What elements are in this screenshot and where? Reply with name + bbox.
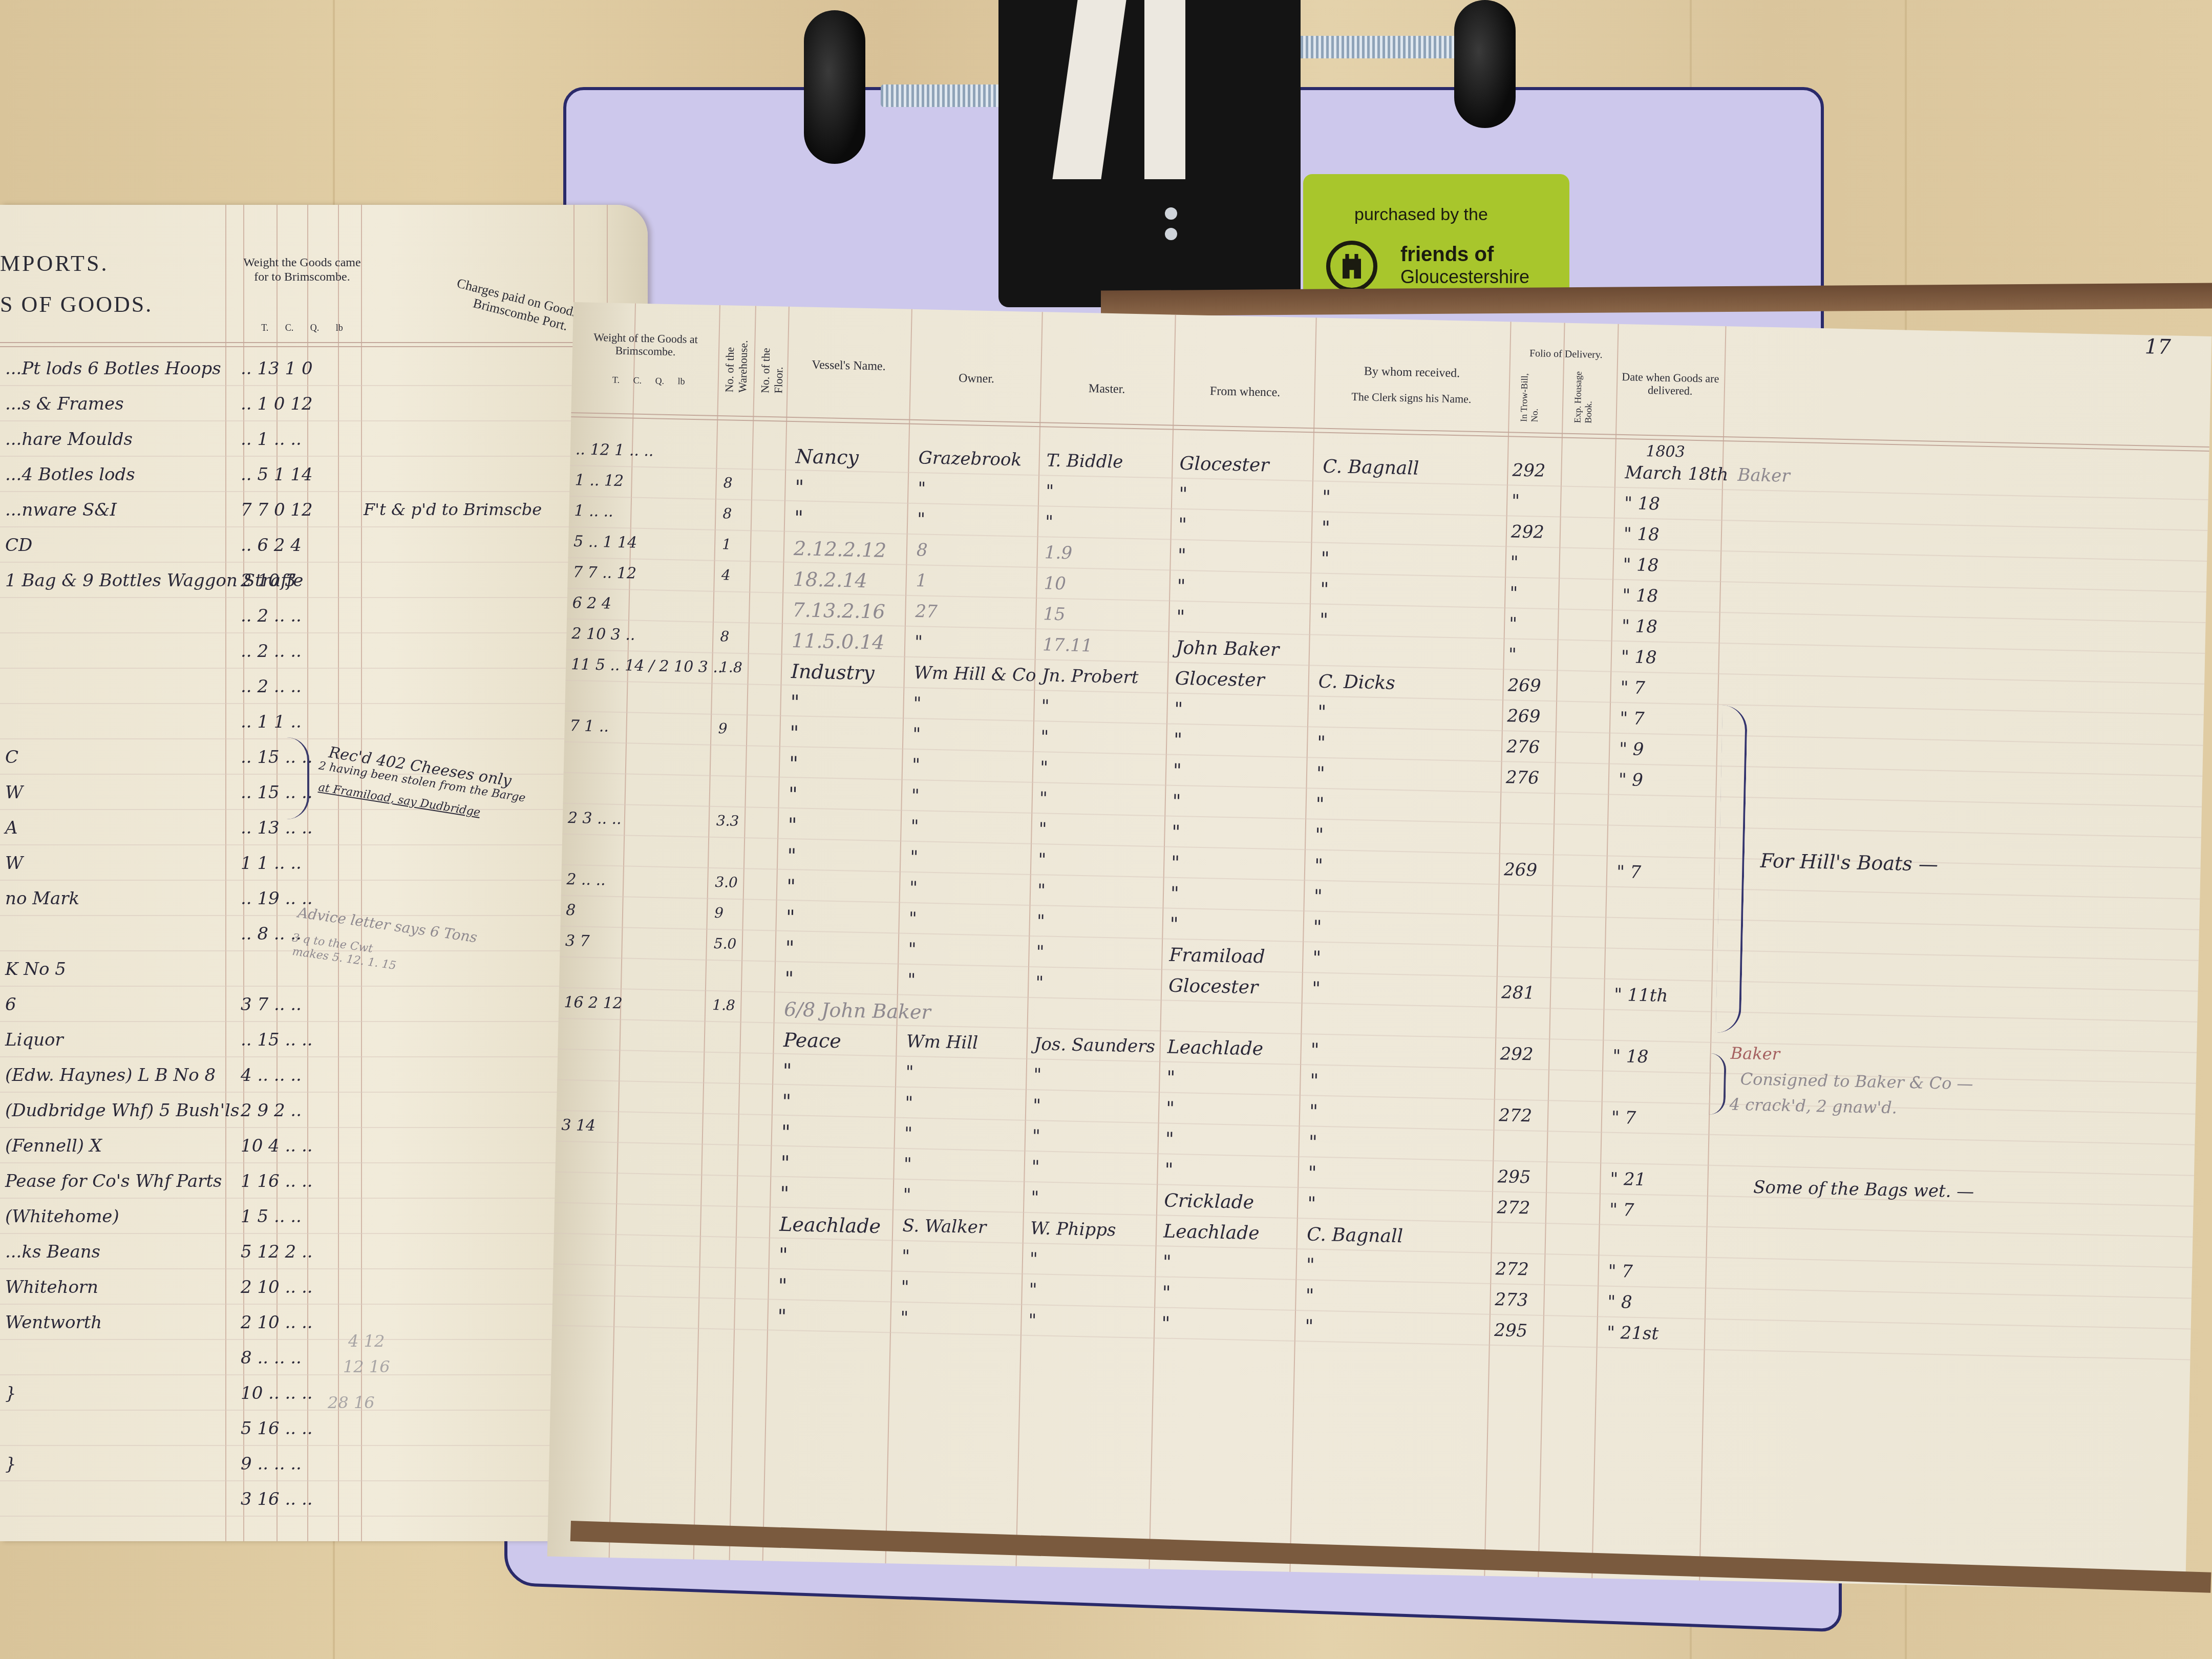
goods-description: Whitehorn (5, 1277, 98, 1298)
weight-value: 2 .. .. (566, 870, 606, 889)
ruled-line (0, 385, 648, 386)
ruled-line (552, 1325, 2190, 1360)
owner-name: " (908, 939, 916, 960)
header-warehouse: No. of the Warehouse. (722, 331, 751, 393)
delivery-date: " 7 (1609, 1200, 1634, 1221)
owner-name: Grazebrook (918, 448, 1022, 470)
received-by: C. Bagnall (1323, 456, 1419, 479)
from-whence: " (1163, 1252, 1172, 1273)
sticker-line-1: purchased by the (1354, 205, 1488, 225)
owner-name: " (910, 816, 919, 837)
ruled-line (0, 880, 648, 881)
folio-number: 295 (1497, 1166, 1531, 1187)
received-by: C. Bagnall (1307, 1224, 1403, 1247)
weight-value: 2 9 2 .. (241, 1100, 302, 1121)
owner-name: " (900, 1308, 908, 1328)
column-rule (225, 205, 226, 1541)
folio-number: 272 (1495, 1259, 1529, 1280)
from-whence: " (1179, 484, 1187, 505)
master-name: 1.9 (1045, 542, 1073, 563)
weight-value: .. 1 .. .. (241, 429, 302, 450)
weight-value: 10 4 .. .. (241, 1136, 313, 1156)
owner-name: " (911, 785, 920, 806)
vessel-name: " (780, 1182, 789, 1205)
vessel-name: " (785, 906, 795, 928)
from-whence: " (1177, 576, 1185, 597)
folio-number: " (1509, 613, 1517, 634)
header-weight-units: T. C. Q. lb (246, 323, 358, 333)
master-name: " (1038, 819, 1047, 839)
ruled-line (0, 774, 648, 775)
delivery-date: " 21st (1607, 1323, 1659, 1344)
weight-value: 16 2 12 (564, 993, 623, 1012)
ruled-line (0, 1092, 648, 1093)
weight-value: .. 2 .. .. (241, 606, 302, 626)
vessel-name: 6/8 John Baker (784, 998, 931, 1024)
master-name: " (1031, 1187, 1039, 1208)
floor-number: 1 (722, 536, 732, 552)
weight-value: .. 13 .. .. (241, 818, 313, 838)
master-name: " (1045, 512, 1053, 532)
weight-value: 8 .. .. .. (241, 1348, 302, 1368)
folio-number: 269 (1504, 859, 1538, 880)
goods-description: no Mark (5, 888, 79, 909)
folio-number: 292 (1500, 1044, 1534, 1065)
floor-number: 9 (718, 720, 728, 737)
ruled-line (0, 562, 648, 563)
clamp-bolt (1165, 207, 1177, 220)
master-name: " (1038, 849, 1046, 870)
from-whence: Glocester (1179, 453, 1269, 476)
folio-number: " (1512, 491, 1520, 511)
ruled-line (557, 1110, 2195, 1145)
ruled-line (0, 420, 648, 421)
owner-name: 1 (916, 570, 927, 591)
from-whence: Glocester (1175, 668, 1265, 691)
received-by: " (1320, 610, 1328, 631)
ruled-line (561, 895, 2199, 930)
master-name: Jos. Saunders (1034, 1034, 1155, 1057)
from-whence: " (1169, 914, 1178, 935)
weight-value: 2 3 .. .. (568, 809, 622, 828)
weight-value: 9 .. .. .. (241, 1454, 302, 1474)
goods-description: W (5, 782, 23, 803)
goods-description: C (5, 747, 18, 768)
floor-number: 9 (714, 904, 724, 921)
folio-number: 276 (1506, 736, 1540, 757)
received-by: " (1317, 733, 1326, 754)
vessel-name: " (781, 1121, 791, 1143)
master-name: " (1029, 1280, 1037, 1300)
owner-name: " (909, 908, 917, 929)
weight-value: 5 16 .. .. (241, 1418, 313, 1439)
vessel-name: Nancy (795, 445, 859, 469)
vessel-name: " (790, 691, 799, 713)
weight-value: 5 12 2 .. (241, 1242, 313, 1262)
master-name: " (1039, 788, 1047, 809)
received-by: " (1322, 487, 1331, 508)
ruled-line (565, 711, 2203, 746)
goods-description: ...nware S&I (5, 500, 117, 520)
vessel-name: " (795, 476, 804, 498)
from-whence: " (1161, 1313, 1170, 1334)
floor-number: 1.8 (712, 996, 735, 1014)
pencil-sum: 4 12 (348, 1331, 385, 1351)
remark-baker: Baker (1730, 1044, 1780, 1064)
unit-quarters: Q. (655, 375, 664, 386)
weight-value: 1 1 .. .. (241, 853, 302, 874)
vessel-name: " (784, 967, 794, 990)
charges-value: F't & p'd to Brimscbe (364, 500, 542, 519)
column-rule (1289, 317, 1316, 1572)
goods-description: } (5, 1383, 16, 1403)
folio-number: " (1509, 583, 1518, 603)
ruled-line (0, 668, 648, 669)
column-rule (1484, 322, 1511, 1576)
folio-number: 281 (1501, 982, 1535, 1003)
vessel-name: " (782, 1059, 792, 1082)
master-name: Jn. Probert (1042, 665, 1139, 688)
weight-value: 2 10 3 .. (571, 625, 635, 644)
goods-description: (Dudbridge Whf) 5 Bush'ls (5, 1100, 239, 1121)
weight-value: 10 .. .. .. (241, 1383, 313, 1403)
unit-tons: T. (261, 323, 268, 333)
folio-number: 273 (1495, 1289, 1528, 1310)
folio-number: " (1510, 552, 1518, 572)
header-weight-at-brimscombe: Weight of the Goods at Brimscombe. (572, 330, 719, 359)
ruled-line (0, 1304, 648, 1305)
column-rule (1538, 323, 1565, 1578)
master-name: " (1036, 911, 1045, 931)
from-whence: Leachlade (1167, 1037, 1263, 1060)
master-name: " (1033, 1065, 1041, 1085)
brace (287, 737, 309, 819)
ruled-line (564, 772, 2202, 807)
column-rule (729, 306, 756, 1560)
master-name: " (1037, 880, 1046, 901)
clamp-knob-right[interactable] (1454, 0, 1516, 128)
pencil-sum: 28 16 (328, 1393, 375, 1412)
header-weight-came-for: Weight the Goods came for to Brimscombe. (241, 256, 364, 284)
header-received: By whom received. (1320, 364, 1504, 382)
clamp-bolt (1165, 228, 1177, 240)
owner-name: 27 (915, 601, 938, 622)
delivery-date: " 7 (1611, 1108, 1636, 1129)
vessel-name: " (789, 783, 798, 805)
from-whence: " (1171, 853, 1180, 874)
from-whence: " (1172, 822, 1180, 843)
master-name: " (1040, 757, 1048, 778)
unit-pounds: lb (677, 376, 685, 386)
goods-description: K No 5 (5, 959, 66, 980)
weight-value: 5 .. 1 14 (573, 533, 637, 552)
folio-number: 269 (1507, 675, 1541, 696)
owner-name: " (914, 632, 923, 652)
from-whence: " (1164, 1160, 1173, 1181)
delivery-date: " 18 (1622, 616, 1658, 637)
vessel-name: 2.12.2.12 (794, 537, 887, 562)
page-number: 17 (2144, 335, 2171, 359)
column-rule (1148, 315, 1176, 1569)
brace-hills-boats (1716, 705, 1748, 1033)
ruled-line (562, 834, 2200, 869)
header-housage-book: Exp. Housage Book. (1572, 367, 1594, 423)
sticker-line-3: Gloucestershire (1400, 266, 1529, 288)
received-by: " (1322, 518, 1330, 539)
received-by: " (1314, 886, 1323, 907)
weight-value: 7 7 0 12 (241, 500, 313, 520)
owner-name: " (902, 1246, 910, 1267)
delivery-date: " 7 (1617, 862, 1642, 883)
from-whence: " (1178, 515, 1187, 536)
goods-description: ...4 Botles lods (5, 464, 135, 485)
received-by: " (1310, 1070, 1318, 1091)
header-owner: Owner. (920, 371, 1033, 387)
master-name: W. Phipps (1030, 1218, 1116, 1240)
folio-number: " (1508, 644, 1517, 665)
vessel-name: " (777, 1305, 786, 1328)
weight-value: 6 2 4 (572, 594, 611, 613)
ruled-line (0, 1162, 648, 1163)
ruled-line (0, 844, 648, 845)
vessel-name: " (788, 814, 797, 836)
from-whence: " (1177, 545, 1186, 566)
received-by: " (1320, 579, 1329, 600)
owner-name: " (903, 1185, 911, 1205)
owner-name: Wm Hill (906, 1031, 978, 1053)
weight-value: 2 10 3 (241, 570, 296, 591)
ruled-line (0, 632, 648, 633)
floor-number: 8 (723, 474, 733, 491)
weight-value: 11 5 .. 14 / 2 10 3 .. (571, 655, 723, 676)
ruled-line (0, 526, 648, 527)
owner-name: " (917, 509, 925, 529)
vessel-name: 11.5.0.14 (792, 629, 885, 654)
page-title-imports: MPORTS. (0, 251, 109, 277)
column-rule (1591, 324, 1619, 1579)
vessel-name: " (779, 1244, 788, 1266)
owner-name: " (904, 1123, 912, 1144)
folio-number: 272 (1497, 1197, 1530, 1218)
from-whence: " (1166, 1068, 1175, 1089)
weight-value: .. 6 2 4 (241, 535, 302, 556)
unit-cwt: C. (633, 375, 642, 385)
header-master: Master. (1050, 381, 1163, 398)
goods-description: (Whitehome) (5, 1206, 119, 1227)
unit-tons: T. (612, 375, 620, 385)
vessel-name: " (794, 506, 803, 529)
year-label: 1803 (1646, 442, 1685, 461)
goods-description: Pease for Co's Whf Parts (5, 1171, 222, 1192)
delivery-date: " 18 (1624, 524, 1660, 545)
vessel-name: " (789, 752, 798, 775)
from-whence: " (1162, 1283, 1171, 1304)
clamp-knob-left[interactable] (804, 10, 865, 164)
owner-name: " (913, 693, 921, 714)
row-note: Baker (1737, 465, 1790, 486)
header-folio: Folio of Delivery. (1512, 347, 1620, 361)
from-whence: " (1172, 791, 1181, 812)
ruled-line (0, 597, 648, 598)
from-whence: " (1165, 1129, 1174, 1150)
unit-quarters: Q. (310, 323, 320, 333)
column-rule (885, 309, 912, 1564)
received-by: " (1309, 1132, 1317, 1153)
weight-value: 2 10 .. .. (241, 1312, 313, 1333)
goods-description: Liquor (5, 1030, 63, 1050)
received-by: C. Dicks (1318, 671, 1395, 694)
weight-value: 3 7 (565, 932, 590, 950)
weight-value: 7 1 .. (569, 717, 609, 736)
goods-description: ...ks Beans (5, 1242, 100, 1262)
master-name: " (1035, 972, 1044, 993)
received-by: " (1315, 794, 1324, 815)
delivery-date: " 7 (1620, 677, 1645, 698)
weight-value: 8 (566, 901, 576, 919)
header-from-whence: From whence. (1181, 384, 1309, 401)
from-whence: " (1166, 1098, 1175, 1119)
goods-description: (Fennell) X (5, 1136, 102, 1156)
weight-value: .. 2 .. .. (241, 641, 302, 662)
received-by: " (1312, 948, 1321, 969)
delivery-date: March 18th (1625, 462, 1729, 485)
weight-value: 1 16 .. .. (241, 1171, 313, 1192)
vessel-name: " (790, 721, 799, 744)
weight-value: .. 1 1 .. (241, 712, 302, 732)
from-whence: " (1174, 699, 1183, 720)
goods-description: A (5, 818, 18, 838)
from-whence: " (1174, 730, 1182, 751)
delivery-date: " 8 (1607, 1292, 1632, 1313)
header-clerk-signs: The Clerk signs his Name. (1319, 390, 1503, 407)
weight-value: 3 7 .. .. (241, 994, 302, 1015)
goods-description: 6 (5, 994, 16, 1015)
owner-name: Wm Hill & Co (914, 663, 1036, 686)
weight-value: .. 5 1 14 (241, 464, 313, 485)
from-whence: Cricklade (1164, 1190, 1254, 1214)
master-name: 15 (1043, 604, 1066, 625)
floor-number: 8 (722, 505, 732, 522)
vessel-name: " (780, 1152, 790, 1174)
ruled-line (0, 1339, 648, 1340)
folio-number: 269 (1507, 706, 1541, 727)
received-by: " (1314, 856, 1323, 877)
column-rule (609, 304, 636, 1558)
left-page: MPORTS. S OF GOODS. Weight the Goods cam… (0, 205, 648, 1541)
master-name: " (1046, 481, 1054, 501)
floor-number: 4 (721, 566, 731, 583)
weight-value: 4 .. .. .. (241, 1065, 302, 1086)
weight-value: .. 12 1 .. .. (576, 440, 654, 460)
ruled-line (562, 864, 2200, 900)
ruled-line (0, 986, 648, 987)
clamp-screw-left (881, 84, 1014, 107)
goods-description: W (5, 853, 23, 874)
delivery-date: " 11th (1614, 985, 1668, 1006)
vessel-name: 18.2.14 (793, 568, 867, 592)
folio-number: 272 (1499, 1105, 1533, 1126)
header-weight-units: T. C. Q. lb (582, 374, 715, 387)
header-vessel-name: Vessel's Name. (792, 358, 905, 374)
received-by: " (1307, 1193, 1316, 1214)
remark-hills-boats: For Hill's Boats — (1760, 849, 1938, 876)
vessel-name: Peace (783, 1029, 841, 1052)
ruled-line (556, 1141, 2194, 1176)
owner-name: S. Walker (902, 1216, 987, 1238)
goods-description: CD (5, 535, 32, 556)
from-whence: Leachlade (1163, 1221, 1260, 1244)
owner-name: " (907, 970, 916, 990)
ruled-line (0, 1233, 648, 1234)
vessel-name: " (778, 1274, 787, 1297)
right-page: Weight of the Goods at Brimscombe. T. C.… (547, 302, 2212, 1590)
owner-name: " (910, 847, 918, 867)
floor-number: 5.0 (713, 935, 736, 952)
column-rule (693, 305, 720, 1560)
column-rule (338, 205, 339, 1541)
vessel-name: Leachlade (779, 1213, 881, 1238)
folio-number: 292 (1512, 460, 1546, 481)
from-whence: Glocester (1168, 975, 1259, 998)
floor-number: 3.3 (716, 812, 739, 829)
master-name: " (1033, 1095, 1041, 1116)
weight-value: 3 16 .. .. (241, 1489, 313, 1509)
ruled-line (560, 956, 2198, 992)
friends-of-gloucestershire-sticker: purchased by the friends of Gloucestersh… (1303, 174, 1569, 302)
ruled-line (0, 703, 648, 704)
clamp-strip (1144, 0, 1185, 179)
owner-name: " (905, 1062, 913, 1082)
floor-number: 8 (720, 628, 730, 645)
delivery-date: " 9 (1619, 739, 1644, 760)
delivery-date: " 18 (1621, 647, 1657, 668)
vessel-name: Industry (791, 660, 875, 684)
owner-name: " (918, 478, 926, 499)
vessel-name: 7.13.2.16 (792, 599, 885, 623)
from-whence: " (1176, 607, 1185, 628)
ruled-line (0, 1056, 648, 1057)
castle-icon (1326, 241, 1377, 292)
delivery-date: " 18 (1623, 555, 1659, 576)
master-name: T. Biddle (1046, 450, 1123, 472)
vessel-name: " (785, 937, 794, 959)
delivery-date: " 18 (1612, 1046, 1649, 1067)
remark-cracked: 4 crack'd, 2 gnaw'd. (1729, 1095, 1897, 1118)
goods-description: ...hare Moulds (5, 429, 133, 450)
master-name: 10 (1044, 573, 1066, 594)
received-by: " (1310, 1039, 1319, 1060)
owner-name: " (903, 1154, 911, 1175)
floor-number: 1.8 (719, 658, 742, 676)
remark-bags-wet: Some of the Bags wet. — (1753, 1177, 1974, 1202)
weight-value: .. 13 1 0 (241, 358, 313, 379)
ruled-line (0, 738, 648, 739)
vessel-name: " (786, 875, 796, 898)
ruled-line (0, 809, 648, 810)
header-date-delivered: Date when Goods are delivered. (1622, 370, 1719, 398)
received-by: " (1321, 548, 1329, 569)
received-by: " (1313, 917, 1322, 938)
vessel-name: " (782, 1090, 791, 1113)
received-by: " (1309, 1101, 1318, 1122)
vessel-name: " (787, 844, 796, 867)
ruled-line (563, 803, 2201, 838)
master-name: " (1032, 1126, 1040, 1146)
delivery-date: " 18 (1622, 585, 1658, 606)
header-trow-bill: In Trow-Bill, No. (1519, 366, 1541, 422)
delivery-date: " 7 (1608, 1261, 1633, 1282)
ruled-line (0, 1198, 648, 1199)
